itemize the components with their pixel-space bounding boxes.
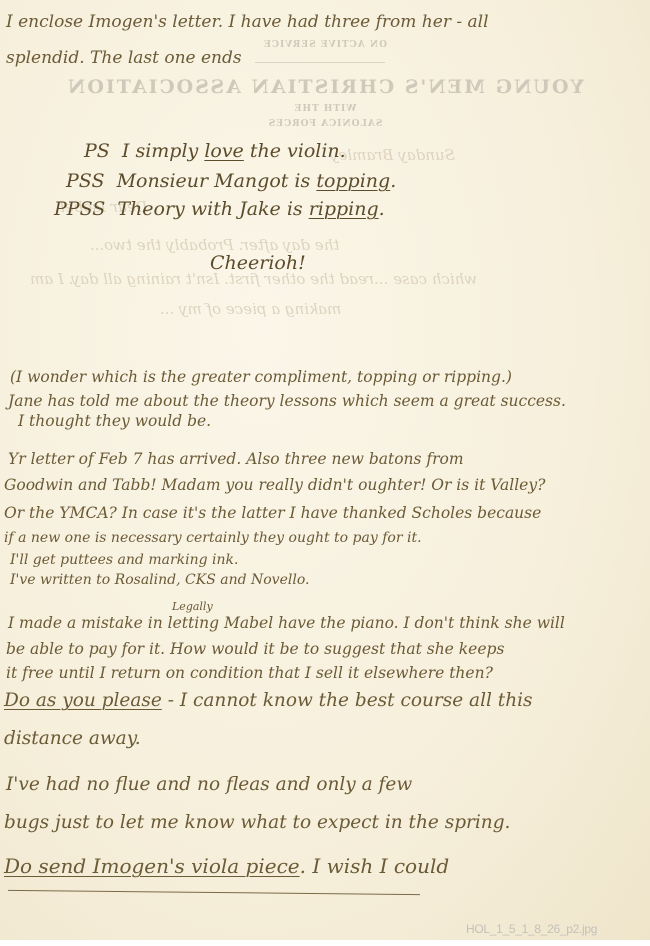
underlined-word: ripping [309,198,379,220]
letterhead-with: WITH THE [0,104,650,114]
insertion-note: Legally [172,600,213,613]
postscript-ps: PS I simply love the violin. [84,140,346,162]
postscript-ppss: PPSS Theory with Jake is ripping. [54,198,385,220]
letter-line: Jane has told me about the theory lesson… [8,392,566,410]
ps-label: PSS [66,170,104,192]
underline-stroke [8,890,420,895]
letter-line: I enclose Imogen's letter. I have had th… [6,12,489,32]
letter-line: be able to pay for it. How would it be t… [6,640,504,658]
letterhead-forces: SALONICA FORCES [0,119,650,129]
final-line: Do send Imogen's viola piece. I wish I c… [4,854,449,878]
letter-line: Yr letter of Feb 7 has arrived. Also thr… [8,450,464,468]
letter-line: it free until I return on condition that… [6,664,493,682]
letter-line: I thought they would be. [18,412,211,430]
ps-label: PS [84,140,110,162]
letterhead-association: YOUNG MEN'S CHRISTIAN ASSOCIATION [0,76,650,98]
letterhead-rule [255,62,385,63]
filename-label: HOL_1_5_1_8_26_p2.jpg [466,922,597,936]
bleed-text: making a piece of my ... [160,300,341,318]
underlined-phrase: Do as you please [4,690,162,711]
letter-line: if a new one is necessary certainly they… [4,530,422,546]
underlined-word: topping [316,170,390,192]
letter-line: Or the YMCA? In case it's the latter I h… [4,504,541,522]
letter-line: I'll get puttees and marking ink. [10,552,238,568]
letter-line: distance away. [4,728,141,749]
underlined-word: love [204,140,244,162]
letter-line: bugs just to let me know what to expect … [4,812,510,833]
underlined-phrase: Do send Imogen's viola piece [4,854,300,878]
emphasis-line: Do as you please - I cannot know the bes… [4,690,533,711]
letter-line: I made a mistake in letting Mabel have t… [8,614,565,632]
letter-line: Goodwin and Tabb! Madam you really didn'… [4,476,545,494]
ps-label: PPSS [54,198,105,220]
letter-line: I've had no flue and no fleas and only a… [6,774,412,795]
letter-line: I've written to Rosalind, CKS and Novell… [10,572,309,588]
letter-line: splendid. The last one ends [6,48,242,68]
letter-line: (I wonder which is the greater complimen… [10,368,512,386]
bleed-text: Sunday Bramley [330,146,455,164]
postscript-pss: PSS Monsieur Mangot is topping. [66,170,396,192]
signoff: Cheerioh! [210,252,306,274]
letter-page: ON ACTIVE SERVICE YOUNG MEN'S CHRISTIAN … [0,0,650,940]
